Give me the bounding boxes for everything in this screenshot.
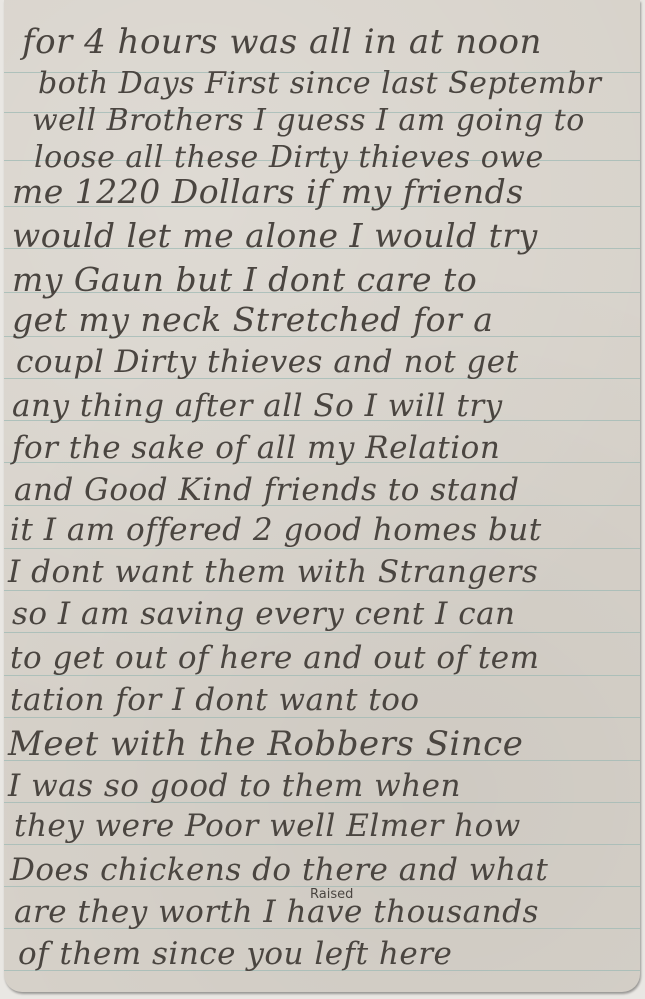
letter-line-1: for 4 hours was all in at noon <box>22 22 542 62</box>
letter-line-13: it I am offered 2 good homes but <box>10 512 542 548</box>
letter-line-21: Does chickens do there and what <box>10 852 548 888</box>
letter-line-20: they were Poor well Elmer how <box>14 808 521 844</box>
letter-line-4: loose all these Dirty thieves owe <box>34 140 544 175</box>
letter-line-9: coupl Dirty thieves and not get <box>16 344 519 380</box>
letter-page: for 4 hours was all in at noon both Days… <box>4 0 640 992</box>
letter-line-3: well Brothers I guess I am going to <box>32 103 585 138</box>
letter-line-8: get my neck Stretched for a <box>12 300 493 339</box>
letter-line-18: Meet with the Robbers Since <box>8 724 523 764</box>
letter-line-11: for the sake of all my Relation <box>12 430 500 466</box>
letter-line-14: I dont want them with Strangers <box>8 554 538 590</box>
ruled-line <box>4 844 640 845</box>
ruled-line <box>4 548 640 549</box>
letter-line-19: I was so good to them when <box>8 768 461 804</box>
letter-line-23: of them since you left here <box>18 936 452 972</box>
letter-line-7: my Gaun but I dont care to <box>12 260 477 299</box>
letter-line-15: so I am saving every cent I can <box>12 596 516 632</box>
letter-line-10: any thing after all So I will try <box>12 388 503 424</box>
letter-line-16: to get out of here and out of tem <box>10 640 540 676</box>
letter-line-17: tation for I dont want too <box>10 682 420 718</box>
letter-line-22: are they worth I have thousands <box>14 894 539 930</box>
letter-line-5: me 1220 Dollars if my friends <box>12 172 524 211</box>
letter-line-6: would let me alone I would try <box>12 216 538 255</box>
ruled-line <box>4 632 640 633</box>
ruled-line <box>4 590 640 591</box>
letter-line-12: and Good Kind friends to stand <box>14 472 519 508</box>
letter-line-2: both Days First since last Septembr <box>38 66 601 101</box>
